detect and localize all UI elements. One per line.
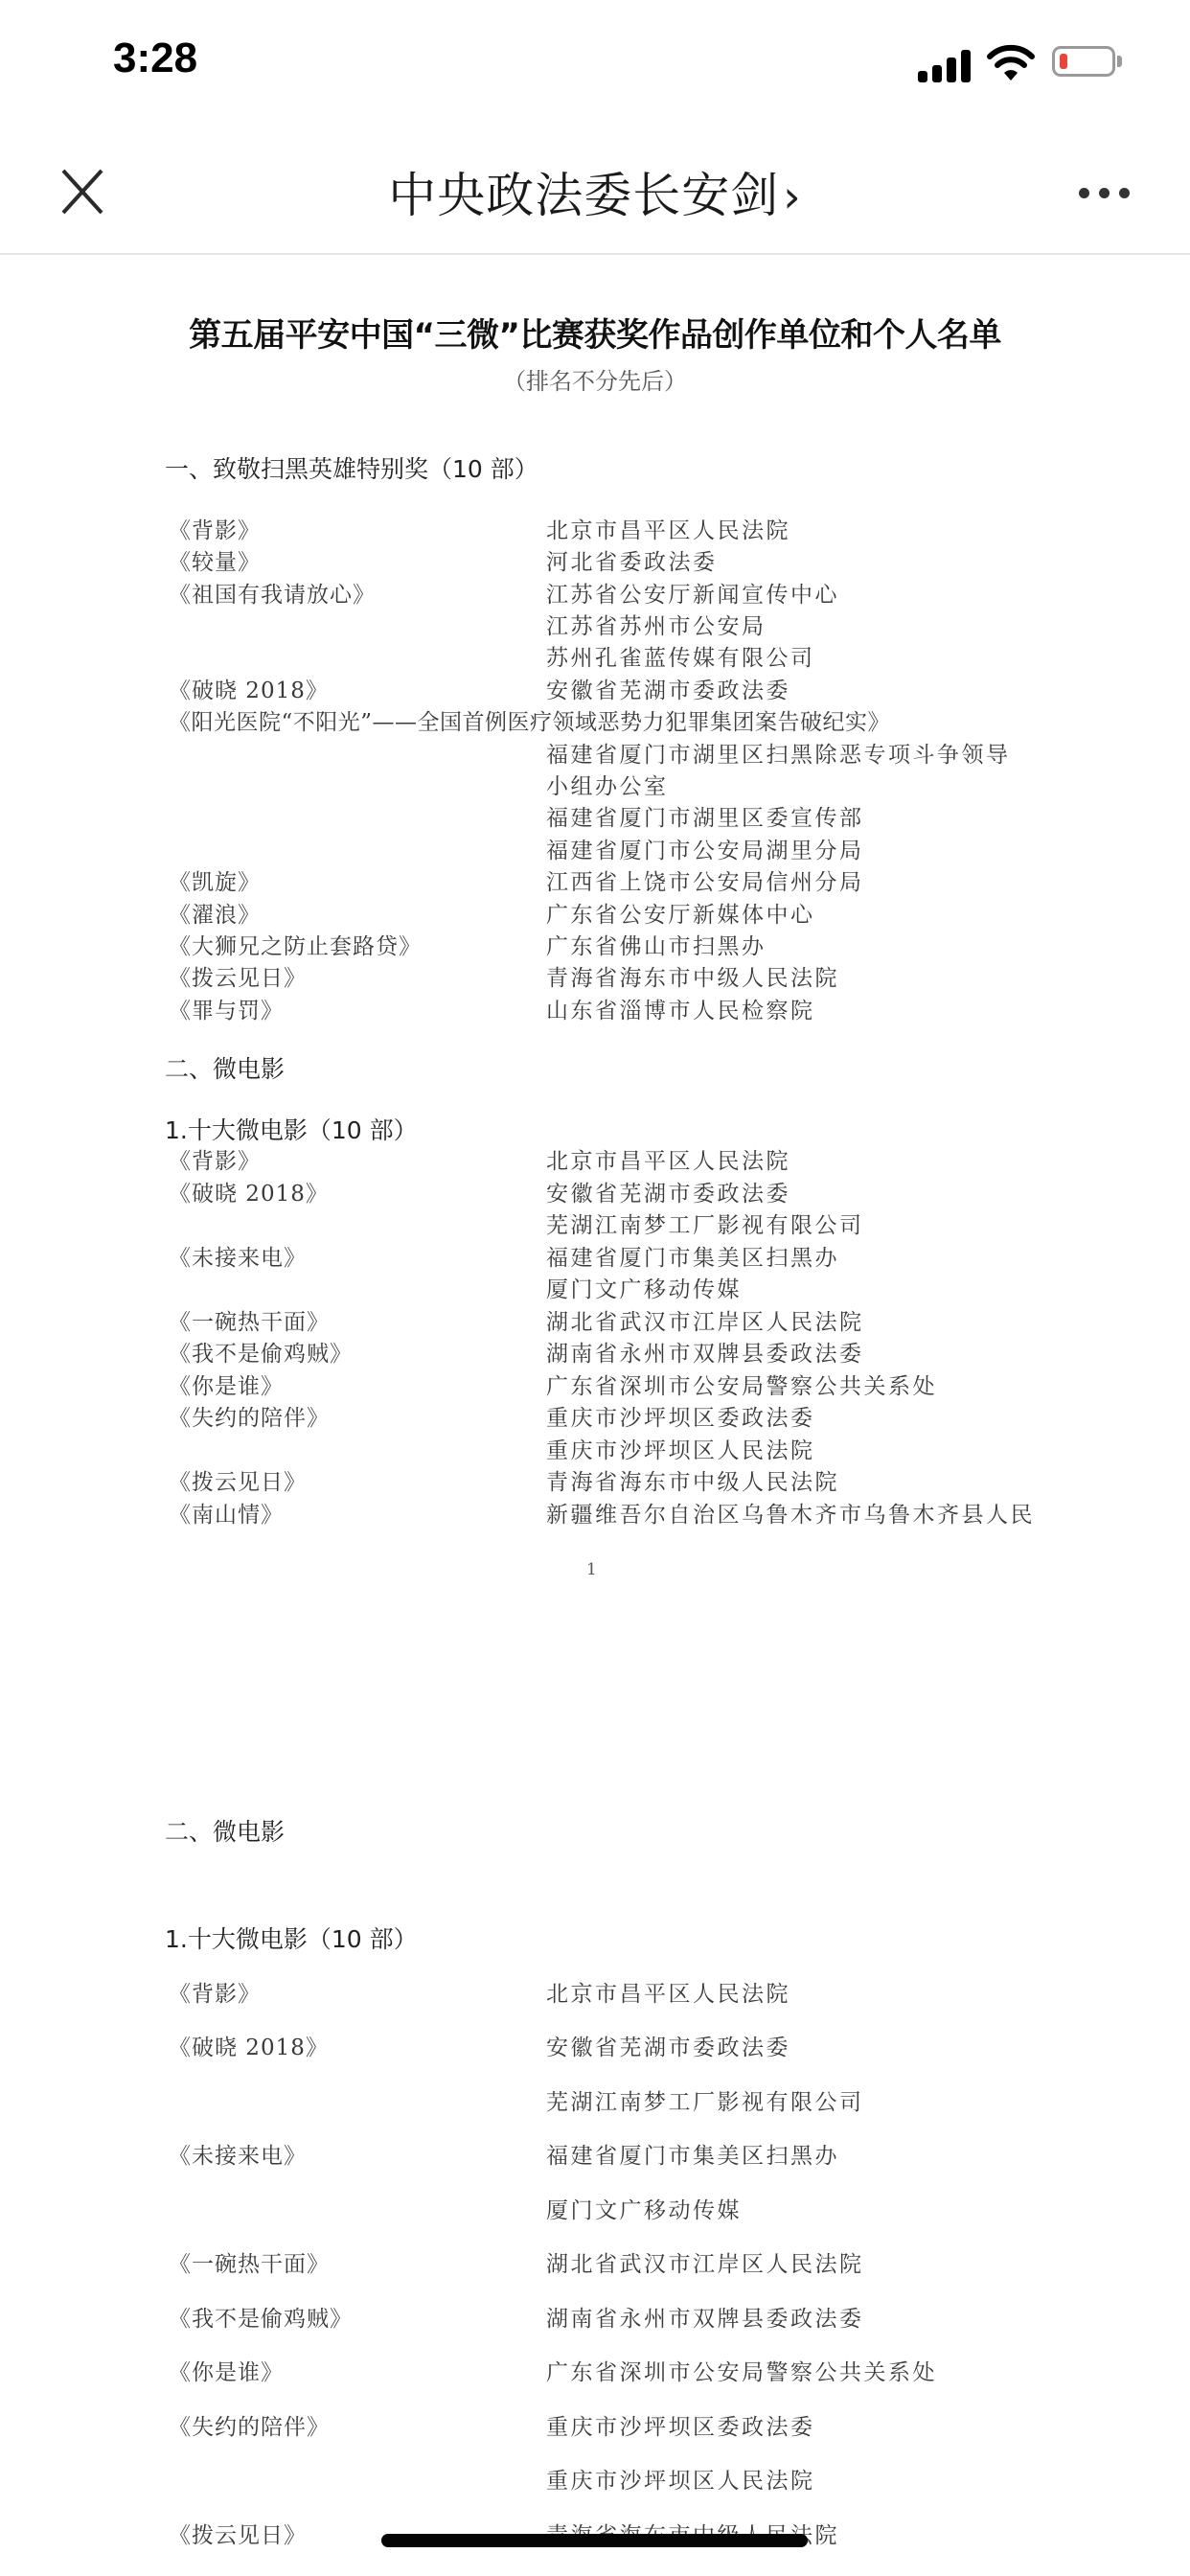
unit-name: 重庆市沙坪坝区委政法委 [546,2409,815,2441]
unit-name: 湖北省武汉市江岸区人民法院 [546,1304,864,1336]
nav-bar: 中央政法委长安剑› [0,134,1190,255]
unit-name: 安徽省芜湖市委政法委 [546,673,790,704]
unit-name: 江苏省苏州市公安局 [546,609,767,640]
unit-name: 湖南省永州市双牌县委政法委 [546,2301,864,2333]
table-row: 厦门文广移动传媒 [0,1272,1190,1302]
unit-name: 江西省上饶市公安局信州分局 [546,864,864,896]
table-row: 重庆市沙坪坝区人民法院 [0,2463,1190,2494]
table-row: 《背影》北京市昌平区人民法院 [0,1976,1190,2007]
account-name: 中央政法委长安剑 [388,168,779,223]
unit-name: 福建省厦门市湖里区委宣传部 [546,800,864,832]
table-row: 《背影》北京市昌平区人民法院 [0,513,1190,543]
unit-name: 湖北省武汉市江岸区人民法院 [546,2246,864,2278]
work-title: 《拨云见日》 [169,1464,307,1496]
unit-name: 厦门文广移动传媒 [546,2193,742,2224]
table-row: 《拨云见日》青海省海东市中级人民法院 [0,960,1190,991]
work-title: 《我不是偷鸡贼》 [169,1336,353,1368]
unit-name: 重庆市沙坪坝区人民法院 [546,1433,815,1464]
work-title: 《祖国有我请放心》 [169,577,376,609]
battery-tip [1117,56,1122,67]
table-row: 《祖国有我请放心》江苏省公安厅新闻宣传中心 [0,577,1190,608]
unit-name: 小组办公室 [546,769,669,800]
work-title: 《背影》 [169,513,261,544]
table-row: 福建省厦门市湖里区扫黑除恶专项斗争领导 [0,737,1190,768]
table-row: 《你是谁》广东省深圳市公安局警察公共关系处 [0,1368,1190,1399]
table-row: 《较量》河北省委政法委 [0,544,1190,575]
subsection-heading: 1.十大微电影（10 部） [165,1112,418,1146]
work-title: 《失约的陪伴》 [169,1400,330,1432]
work-title: 《濯浪》 [169,897,261,929]
unit-name: 苏州孔雀蓝传媒有限公司 [546,640,815,672]
table-row: 《未接来电》福建省厦门市集美区扫黑办 [0,2138,1190,2169]
work-title: 《大狮兄之防止套路贷》 [169,929,422,960]
table-row: 《罪与罚》山东省淄博市人民检察院 [0,993,1190,1023]
document-title: 第五届平安中国“三微”比赛获奖作品创作单位和个人名单 [0,309,1190,356]
work-title: 《阳光医院“不阳光”——全国首例医疗领域恶势力犯罪集团案告破纪实》 [169,704,890,736]
work-title: 《较量》 [169,544,261,576]
unit-name: 青海省海东市中级人民法院 [546,1464,839,1496]
table-row: 《你是谁》广东省深圳市公安局警察公共关系处 [0,2355,1190,2385]
work-title: 《一碗热干面》 [169,2246,330,2278]
unit-name: 广东省深圳市公安局警察公共关系处 [546,2355,937,2386]
table-row: 《破晓 2018》安徽省芜湖市委政法委 [0,673,1190,703]
home-indicator[interactable] [381,2534,808,2547]
unit-name: 福建省厦门市湖里区扫黑除恶专项斗争领导 [546,737,1011,769]
table-row: 《阳光医院“不阳光”——全国首例医疗领域恶势力犯罪集团案告破纪实》 [0,704,1190,735]
account-title-link[interactable]: 中央政法委长安剑› [0,157,1190,226]
work-title: 《背影》 [169,1143,261,1175]
section-heading: 一、致敬扫黑英雄特别奖（10 部） [165,450,538,485]
work-title: 《背影》 [169,1976,261,2008]
work-title: 《凯旋》 [169,864,261,896]
unit-name: 湖南省永州市双牌县委政法委 [546,1336,864,1368]
chevron-right-icon: › [783,171,801,222]
table-row: 《破晓 2018》安徽省芜湖市委政法委 [0,1176,1190,1207]
table-row: 《一碗热干面》湖北省武汉市江岸区人民法院 [0,2246,1190,2277]
table-row: 厦门文广移动传媒 [0,2193,1190,2223]
work-title: 《拨云见日》 [169,2518,307,2549]
more-icon-dot [1079,188,1089,198]
unit-name: 芜湖江南梦工厂影视有限公司 [546,1207,864,1239]
table-row: 《大狮兄之防止套路贷》广东省佛山市扫黑办 [0,929,1190,959]
unit-name: 广东省深圳市公安局警察公共关系处 [546,1368,937,1400]
work-title: 《我不是偷鸡贼》 [169,2301,353,2333]
unit-name: 北京市昌平区人民法院 [546,1976,790,2008]
table-row: 《未接来电》福建省厦门市集美区扫黑办 [0,1240,1190,1271]
more-button[interactable] [1073,180,1140,205]
unit-name: 福建省厦门市集美区扫黑办 [546,1240,839,1272]
unit-name: 厦门文广移动传媒 [546,1272,742,1303]
work-title: 《一碗热干面》 [169,1304,330,1336]
work-title: 《失约的陪伴》 [169,2409,330,2441]
unit-name: 广东省佛山市扫黑办 [546,929,767,960]
unit-name: 山东省淄博市人民检察院 [546,993,815,1024]
work-title: 《破晓 2018》 [169,673,329,704]
more-icon-dot [1099,188,1110,198]
unit-name: 重庆市沙坪坝区人民法院 [546,2463,815,2495]
work-title: 《你是谁》 [169,2355,284,2386]
status-bar: 3:28 [0,0,1190,125]
table-row: 芜湖江南梦工厂影视有限公司 [0,2084,1190,2115]
work-title: 《拨云见日》 [169,960,307,992]
table-row: 《失约的陪伴》重庆市沙坪坝区委政法委 [0,1400,1190,1431]
table-row: 《我不是偷鸡贼》湖南省永州市双牌县委政法委 [0,2301,1190,2332]
subsection-heading: 1.十大微电影（10 部） [165,1920,418,1955]
work-title: 《破晓 2018》 [169,1176,329,1207]
work-title: 《未接来电》 [169,1240,307,1272]
unit-name: 新疆维吾尔自治区乌鲁木齐市乌鲁木齐县人民 [546,1497,1035,1529]
unit-name: 芜湖江南梦工厂影视有限公司 [546,2084,864,2116]
unit-name: 北京市昌平区人民法院 [546,1143,790,1175]
document-subtitle: （排名不分先后） [0,362,1190,396]
table-row: 《濯浪》广东省公安厅新媒体中心 [0,897,1190,928]
table-row: 《凯旋》江西省上饶市公安局信州分局 [0,864,1190,895]
unit-name: 重庆市沙坪坝区委政法委 [546,1400,815,1432]
table-row: 《我不是偷鸡贼》湖南省永州市双牌县委政法委 [0,1336,1190,1367]
section-heading: 二、微电影 [165,1813,285,1848]
more-icon-dot [1119,188,1130,198]
cellular-signal-icon [918,48,972,82]
unit-name: 安徽省芜湖市委政法委 [546,1176,790,1207]
unit-name: 安徽省芜湖市委政法委 [546,2030,790,2061]
table-row: 福建省厦门市公安局湖里分局 [0,833,1190,863]
table-row: 福建省厦门市湖里区委宣传部 [0,800,1190,831]
unit-name: 河北省委政法委 [546,544,718,576]
table-row: 重庆市沙坪坝区人民法院 [0,1433,1190,1463]
table-row: 江苏省苏州市公安局 [0,609,1190,639]
section-heading: 二、微电影 [165,1050,285,1085]
table-row: 苏州孔雀蓝传媒有限公司 [0,640,1190,671]
unit-name: 福建省厦门市公安局湖里分局 [546,833,864,864]
table-row: 《失约的陪伴》重庆市沙坪坝区委政法委 [0,2409,1190,2440]
table-row: 《一碗热干面》湖北省武汉市江岸区人民法院 [0,1304,1190,1335]
table-row: 《背影》北京市昌平区人民法院 [0,1143,1190,1174]
unit-name: 江苏省公安厅新闻宣传中心 [546,577,839,609]
battery-level [1060,54,1067,69]
work-title: 《未接来电》 [169,2138,307,2170]
wifi-icon [987,44,1035,82]
table-row: 《南山情》新疆维吾尔自治区乌鲁木齐市乌鲁木齐县人民 [0,1497,1190,1528]
table-row: 芜湖江南梦工厂影视有限公司 [0,1207,1190,1238]
table-row: 《拨云见日》青海省海东市中级人民法院 [0,1464,1190,1495]
unit-name: 广东省公安厅新媒体中心 [546,897,815,929]
work-title: 《南山情》 [169,1497,284,1529]
unit-name: 青海省海东市中级人民法院 [546,960,839,992]
page-number: 1 [586,1560,597,1579]
table-row: 《破晓 2018》安徽省芜湖市委政法委 [0,2030,1190,2060]
battery-low-icon [1052,46,1115,77]
unit-name: 北京市昌平区人民法院 [546,513,790,544]
unit-name: 福建省厦门市集美区扫黑办 [546,2138,839,2170]
status-time: 3:28 [113,34,197,82]
work-title: 《破晓 2018》 [169,2030,329,2061]
table-row: 小组办公室 [0,769,1190,799]
work-title: 《你是谁》 [169,1368,284,1400]
work-title: 《罪与罚》 [169,993,284,1024]
